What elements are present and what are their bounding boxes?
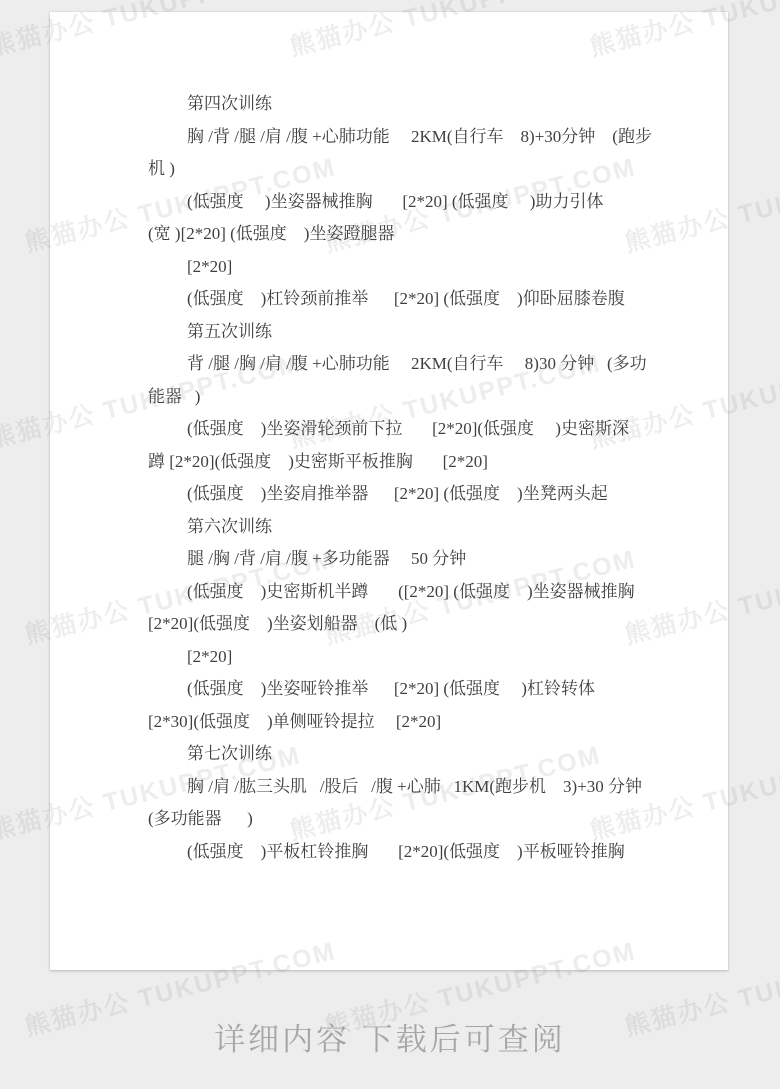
text-line: (低强度 )坐姿肩推举器 [2*20] (低强度 )坐凳两头起 xyxy=(50,478,728,511)
text-line: 机 ) xyxy=(50,153,728,186)
text-line: 胸 /背 /腿 /肩 /腹 +心肺功能 2KM(自行车 8)+30分钟 (跑步 xyxy=(50,121,728,154)
text-line: 背 /腿 /胸 /肩 /腹 +心肺功能 2KM(自行车 8)30 分钟 (多功 xyxy=(50,348,728,381)
text-line: (低强度 )杠铃颈前推举 [2*20] (低强度 )仰卧屈膝卷腹 xyxy=(50,283,728,316)
footer-caption: 详细内容 下载后可查阅 xyxy=(0,1014,780,1059)
text-line: 腿 /胸 /背 /肩 /腹 +多功能器 50 分钟 xyxy=(50,543,728,576)
text-line: [2*20] xyxy=(50,251,728,284)
text-line: 蹲 [2*20](低强度 )史密斯平板推胸 [2*20] xyxy=(50,446,728,479)
text-line: 第六次训练 xyxy=(50,511,728,544)
text-line: 第四次训练 xyxy=(50,88,728,121)
text-line: (宽 )[2*20] (低强度 )坐姿蹬腿器 xyxy=(50,218,728,251)
document-page: 第四次训练胸 /背 /腿 /肩 /腹 +心肺功能 2KM(自行车 8)+30分钟… xyxy=(50,12,728,970)
text-line: 第五次训练 xyxy=(50,316,728,349)
text-line: [2*30](低强度 )单侧哑铃提拉 [2*20] xyxy=(50,706,728,739)
text-line: (低强度 )坐姿哑铃推举 [2*20] (低强度 )杠铃转体 xyxy=(50,673,728,706)
document-content: 第四次训练胸 /背 /腿 /肩 /腹 +心肺功能 2KM(自行车 8)+30分钟… xyxy=(50,88,728,868)
text-line: 第七次训练 xyxy=(50,738,728,771)
text-line: (低强度 )坐姿器械推胸 [2*20] (低强度 )助力引体 xyxy=(50,186,728,219)
text-line: (多功能器 ) xyxy=(50,803,728,836)
text-line: [2*20] xyxy=(50,641,728,674)
text-line: 能器 ) xyxy=(50,381,728,414)
text-line: [2*20](低强度 )坐姿划船器 (低 ) xyxy=(50,608,728,641)
text-line: (低强度 )史密斯机半蹲 ([2*20] (低强度 )坐姿器械推胸 xyxy=(50,576,728,609)
text-line: (低强度 )平板杠铃推胸 [2*20](低强度 )平板哑铃推胸 xyxy=(50,836,728,869)
text-line: 胸 /肩 /肱三头肌 /股后 /腹 +心肺 1KM(跑步机 3)+30 分钟 xyxy=(50,771,728,804)
text-line: (低强度 )坐姿滑轮颈前下拉 [2*20](低强度 )史密斯深 xyxy=(50,413,728,446)
